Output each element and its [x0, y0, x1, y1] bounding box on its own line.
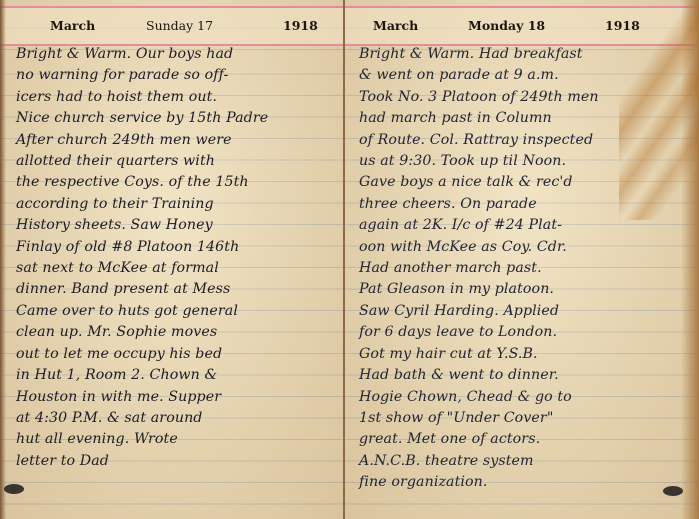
entry-line: oon with McKee as Coy. Cdr. [359, 237, 685, 258]
diary-spread: March Sunday 17 1918 Bright & Warm. Our … [0, 0, 699, 519]
entry-line: Came over to huts got general [16, 301, 329, 322]
right-header-month: March [373, 18, 418, 33]
entry-line: us at 9:30. Took up til Noon. [359, 151, 685, 172]
left-header-year: 1918 [283, 18, 318, 33]
entry-line: Bright & Warm. Had breakfast [359, 44, 685, 65]
entry-line: allotted their quarters with [16, 151, 329, 172]
entry-line: History sheets. Saw Honey [16, 215, 329, 236]
entry-line: Bright & Warm. Our boys had [16, 44, 329, 65]
right-diary-entry: Bright & Warm. Had breakfast & went on p… [359, 44, 685, 494]
entry-line: great. Met one of actors. [359, 429, 685, 450]
entry-line: Hogie Chown, Chead & go to [359, 387, 685, 408]
entry-line: After church 249th men were [16, 130, 329, 151]
page-stain-mark [663, 486, 683, 496]
entry-line: sat next to McKee at formal [16, 258, 329, 279]
left-header-day: Sunday 17 [146, 18, 213, 33]
entry-line: according to their Training [16, 194, 329, 215]
right-page: March Monday 18 1918 Bright & Warm. Had … [345, 0, 699, 519]
entry-line: again at 2K. I/c of #24 Plat- [359, 215, 685, 236]
right-header-day: Monday 18 [468, 18, 545, 33]
entry-line: Had another march past. [359, 258, 685, 279]
entry-line: fine organization. [359, 472, 685, 493]
entry-line: hut all evening. Wrote [16, 429, 329, 450]
entry-line: Saw Cyril Harding. Applied [359, 301, 685, 322]
entry-line: Finlay of old #8 Platoon 146th [16, 237, 329, 258]
page-stain-mark [4, 484, 24, 494]
left-header-month: March [50, 18, 95, 33]
entry-line: in Hut 1, Room 2. Chown & [16, 365, 329, 386]
entry-line: for 6 days leave to London. [359, 322, 685, 343]
entry-line: dinner. Band present at Mess [16, 279, 329, 300]
entry-line: Got my hair cut at Y.S.B. [359, 344, 685, 365]
entry-line: no warning for parade so off- [16, 65, 329, 86]
left-page-header: March Sunday 17 1918 [0, 6, 343, 46]
entry-line: icers had to hoist them out. [16, 87, 329, 108]
entry-line: Had bath & went to dinner. [359, 365, 685, 386]
entry-line: 1st show of "Under Cover" [359, 408, 685, 429]
entry-line: at 4:30 P.M. & sat around [16, 408, 329, 429]
entry-line: of Route. Col. Rattray inspected [359, 130, 685, 151]
entry-line: Gave boys a nice talk & rec'd [359, 172, 685, 193]
left-page: March Sunday 17 1918 Bright & Warm. Our … [0, 0, 345, 519]
entry-line: & went on parade at 9 a.m. [359, 65, 685, 86]
left-diary-entry: Bright & Warm. Our boys had no warning f… [16, 44, 329, 472]
entry-line: out to let me occupy his bed [16, 344, 329, 365]
entry-line: letter to Dad [16, 451, 329, 472]
entry-line: Nice church service by 15th Padre [16, 108, 329, 129]
entry-line: the respective Coys. of the 15th [16, 172, 329, 193]
entry-line: Pat Gleason in my platoon. [359, 279, 685, 300]
entry-line: Took No. 3 Platoon of 249th men [359, 87, 685, 108]
entry-line: clean up. Mr. Sophie moves [16, 322, 329, 343]
entry-line: three cheers. On parade [359, 194, 685, 215]
entry-line: had march past in Column [359, 108, 685, 129]
entry-line: Houston in with me. Supper [16, 387, 329, 408]
entry-line: A.N.C.B. theatre system [359, 451, 685, 472]
